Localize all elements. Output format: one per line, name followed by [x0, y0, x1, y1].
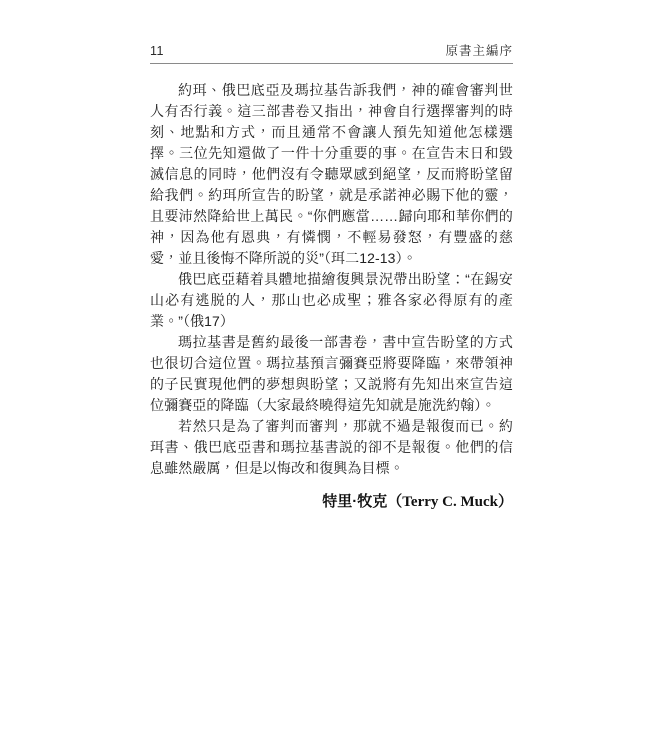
paragraph-1: 約珥、俄巴底亞及瑪拉基告訴我們，神的確會審判世人有否行義。這三部書卷又指出，神會… [150, 80, 513, 269]
paragraph-3: 瑪拉基書是舊約最後一部書卷，書中宣告盼望的方式也很切合這位置。瑪拉基預言彌賽亞將… [150, 332, 513, 416]
paragraph-4: 若然只是為了審判而審判，那就不過是報復而已。約珥書、俄巴底亞書和瑪拉基書説的卻不… [150, 416, 513, 479]
author-name-cjk: 特里·牧克 [322, 493, 387, 510]
body-text: 約珥、俄巴底亞及瑪拉基告訴我們，神的確會審判世人有否行義。這三部書卷又指出，神會… [150, 80, 513, 479]
book-page: 11 原書主編序 約珥、俄巴底亞及瑪拉基告訴我們，神的確會審判世人有否行義。這三… [0, 0, 650, 750]
running-header-title: 原書主編序 [445, 44, 513, 58]
page-header: 11 原書主編序 [150, 44, 513, 64]
page-number: 11 [150, 44, 164, 58]
signature-open-paren: （ [387, 493, 402, 510]
paragraph-2: 俄巴底亞藉着具體地描繪復興景況帶出盼望：“在錫安山必有逃脱的人，那山也必成聖；雅… [150, 269, 513, 332]
author-signature: 特里·牧克（Terry C. Muck） [150, 492, 513, 512]
signature-close-paren: ） [498, 493, 513, 510]
author-name-latin: Terry C. Muck [402, 494, 498, 510]
